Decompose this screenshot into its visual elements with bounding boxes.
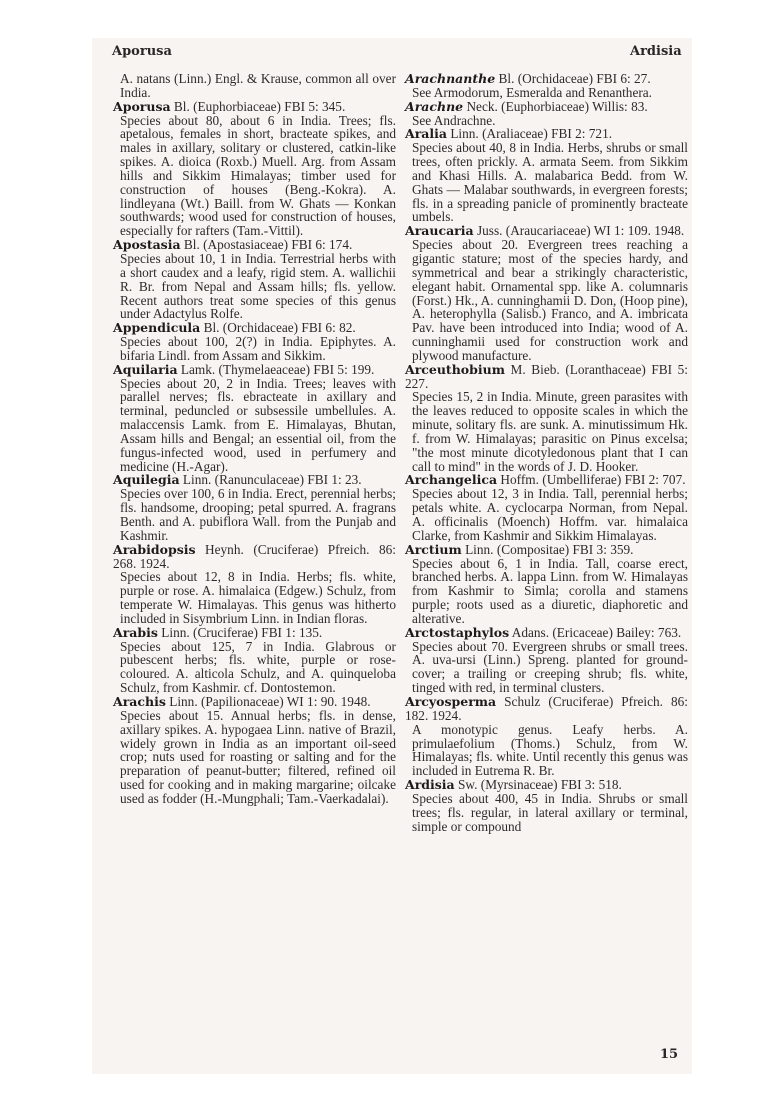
entry-body: Species about 6, 1 in India. Tall, coars… <box>405 557 688 626</box>
entry-body: Species about 100, 2(?) in India. Epiphy… <box>113 335 396 363</box>
entry-body: A monotypic genus. Leafy herbs. A. primu… <box>405 723 688 778</box>
dictionary-entry: Arachis Linn. (Papilionaceae) WI 1: 90. … <box>113 695 396 806</box>
entry-body: Species about 40, 8 in India. Herbs, shr… <box>405 141 688 224</box>
dictionary-entry: Arabidopsis Heynh. (Cruciferae) Pfreich.… <box>113 543 396 626</box>
citation: Bl. (Orchidaceae) FBI 6: 82. <box>204 320 356 335</box>
entry-body: Species over 100, 6 in India. Erect, per… <box>113 487 396 542</box>
dictionary-entry: Arctostaphylos Adans. (Ericaceae) Bailey… <box>405 626 688 695</box>
headword: Arabidopsis <box>113 542 196 557</box>
headword: Arachis <box>113 694 166 709</box>
headword: Arcyosperma <box>405 694 496 709</box>
entry-body: Species about 10, 1 in India. Terrestria… <box>113 252 396 321</box>
headword: Apostasia <box>113 237 181 252</box>
citation: Linn. (Cruciferae) FBI 1: 135. <box>161 625 322 640</box>
headword: Aquilaria <box>113 362 178 377</box>
headword: Arachne <box>405 99 463 114</box>
entry-body: Species about 12, 8 in India. Herbs; fls… <box>113 570 396 625</box>
entry-body: Species about 80, about 6 in India. Tree… <box>113 114 396 239</box>
citation: Bl. (Apostasiaceae) FBI 6: 174. <box>184 237 352 252</box>
dictionary-entry: Arabis Linn. (Cruciferae) FBI 1: 135. Sp… <box>113 626 396 695</box>
citation: Linn. (Compositae) FBI 3: 359. <box>465 542 633 557</box>
entry-body: See Andrachne. <box>405 114 688 128</box>
citation: Bl. (Euphorbiaceae) FBI 5: 345. <box>174 99 345 114</box>
dictionary-entry: Arachnanthe Bl. (Orchidaceae) FBI 6: 27.… <box>405 72 688 100</box>
headword: Aporusa <box>113 99 171 114</box>
dictionary-entry: Arcyosperma Schulz (Cruciferae) Pfreich.… <box>405 695 688 778</box>
citation: Juss. (Araucariaceae) WI 1: 109. 1948. <box>477 223 684 238</box>
entry-body: Species about 20, 2 in India. Trees; lea… <box>113 377 396 474</box>
dictionary-entry: Araucaria Juss. (Araucariaceae) WI 1: 10… <box>405 224 688 362</box>
dictionary-entry: Aquilegia Linn. (Ranunculaceae) FBI 1: 2… <box>113 473 396 542</box>
dictionary-entry: Archangelica Hoffm. (Umbelliferae) FBI 2… <box>405 473 688 542</box>
citation: Hoffm. (Umbelliferae) FBI 2: 707. <box>500 472 685 487</box>
running-head-right: Ardisia <box>630 44 682 59</box>
citation: Lamk. (Thymelaeaceae) FBI 5: 199. <box>181 362 374 377</box>
entry-body: Species about 20. Evergreen trees reachi… <box>405 238 688 363</box>
citation: Linn. (Ranunculaceae) FBI 1: 23. <box>183 472 362 487</box>
dictionary-entry: Aquilaria Lamk. (Thymelaeaceae) FBI 5: 1… <box>113 363 396 474</box>
headword: Arctium <box>405 542 462 557</box>
dictionary-entry: Arctium Linn. (Compositae) FBI 3: 359. S… <box>405 543 688 626</box>
headword: Aquilegia <box>113 472 180 487</box>
running-head-left: Aporusa <box>112 44 172 59</box>
headword: Ardisia <box>405 777 455 792</box>
headword: Aralia <box>405 126 447 141</box>
entry-body: Species about 70. Evergreen shrubs or sm… <box>405 640 688 695</box>
entry-body: Species about 15. Annual herbs; fls. in … <box>113 709 396 806</box>
citation: Linn. (Papilionaceae) WI 1: 90. 1948. <box>169 694 370 709</box>
citation: Adans. (Ericaceae) Bailey: 763. <box>512 625 681 640</box>
dictionary-entry: Apostasia Bl. (Apostasiaceae) FBI 6: 174… <box>113 238 396 321</box>
citation: Bl. (Orchidaceae) FBI 6: 27. <box>499 71 651 86</box>
entry-body: Species 15, 2 in India. Minute, green pa… <box>405 390 688 473</box>
page-number: 15 <box>660 1047 678 1062</box>
headword: Arabis <box>113 625 158 640</box>
headword: Appendicula <box>113 320 200 335</box>
headword: Arceuthobium <box>405 362 505 377</box>
dictionary-entry: Ardisia Sw. (Myrsinaceae) FBI 3: 518. Sp… <box>405 778 688 833</box>
continuation-text: A. natans (Linn.) Engl. & Krause, common… <box>113 72 396 100</box>
citation: Linn. (Araliaceae) FBI 2: 721. <box>450 126 612 141</box>
headword: Arachnanthe <box>405 71 495 86</box>
citation: Neck. (Euphorbiaceae) Willis: 83. <box>466 99 647 114</box>
entry-body: See Armodorum, Esmeralda and Renanthera. <box>405 86 688 100</box>
citation: Sw. (Myrsinaceae) FBI 3: 518. <box>458 777 622 792</box>
headword: Araucaria <box>405 223 474 238</box>
dictionary-entry: Aporusa Bl. (Euphorbiaceae) FBI 5: 345. … <box>113 100 396 238</box>
headword: Archangelica <box>405 472 497 487</box>
dictionary-entry: Appendicula Bl. (Orchidaceae) FBI 6: 82.… <box>113 321 396 363</box>
headword: Arctostaphylos <box>405 625 509 640</box>
entry-body: Species about 125, 7 in India. Glabrous … <box>113 640 396 695</box>
entry-body: Species about 12, 3 in India. Tall, pere… <box>405 487 688 542</box>
left-column: A. natans (Linn.) Engl. & Krause, common… <box>113 72 396 806</box>
entry-body: Species about 400, 45 in India. Shrubs o… <box>405 792 688 834</box>
dictionary-entry: Arachne Neck. (Euphorbiaceae) Willis: 83… <box>405 100 688 128</box>
dictionary-entry: Arceuthobium M. Bieb. (Loranthaceae) FBI… <box>405 363 688 474</box>
dictionary-entry: Aralia Linn. (Araliaceae) FBI 2: 721. Sp… <box>405 127 688 224</box>
right-column: Arachnanthe Bl. (Orchidaceae) FBI 6: 27.… <box>405 72 688 833</box>
